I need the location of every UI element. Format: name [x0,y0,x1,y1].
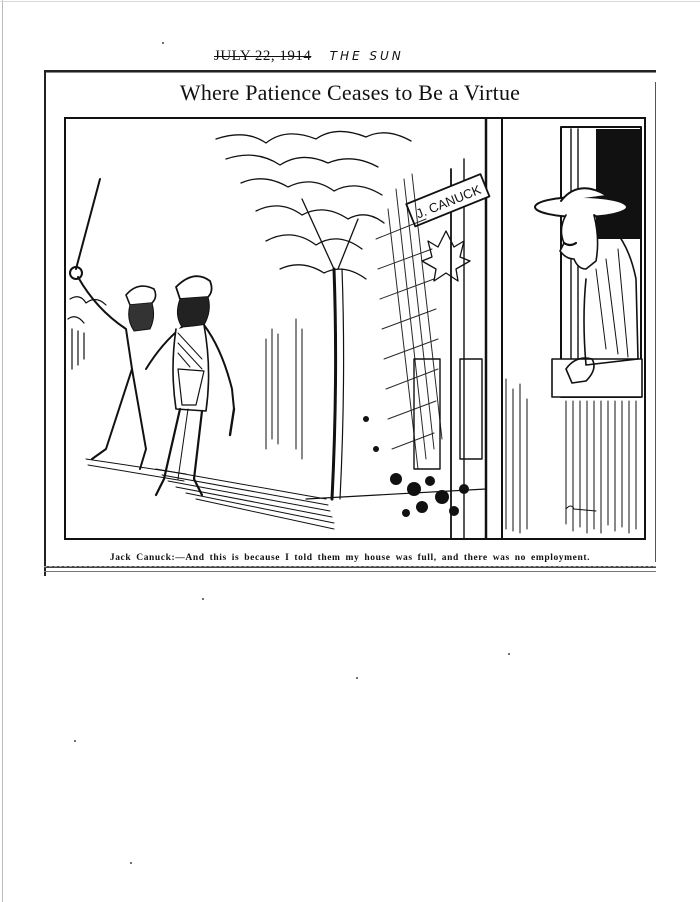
cartoon-title: Where Patience Ceases to Be a Virtue [44,80,656,106]
scan-edge-top [0,1,700,2]
clipping-top-rule [44,70,656,73]
clipping-right-rule [655,82,656,562]
cartoon-caption: Jack Canuck:—And this is because I told … [44,553,656,563]
publication-name: THE SUN [330,49,404,63]
scan-edge-left [2,0,3,902]
cartoon-illustration: J. CANUCK [64,117,646,540]
clipping-left-rule [44,70,46,576]
cartoon-artwork: J. CANUCK [66,119,644,538]
clipping-bottom-rule [44,566,656,568]
dateline: JULY 22, 1914 THE SUN [214,48,404,65]
clipping-bottom-rule-2 [44,571,656,572]
publication-date: JULY 22, 1914 [214,48,311,64]
